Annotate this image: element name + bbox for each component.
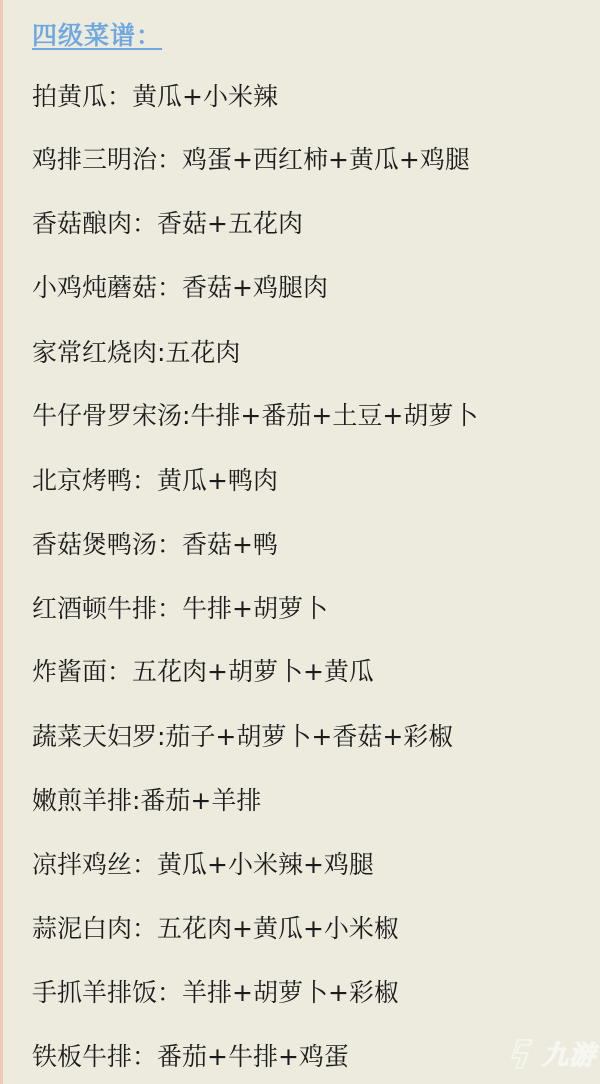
recipe-item: 嫩煎羊排:番茄+羊排 <box>32 786 261 816</box>
left-border <box>0 0 3 1084</box>
recipe-item: 铁板牛排：番茄+牛排+鸡蛋 <box>32 1042 349 1072</box>
recipe-item: 手抓羊排饭：羊排+胡萝卜+彩椒 <box>32 978 399 1008</box>
recipe-item: 牛仔骨罗宋汤:牛排+番茄+土豆+胡萝卜 <box>32 401 478 431</box>
recipe-item: 蒜泥白肉：五花肉+黄瓜+小米椒 <box>32 914 399 944</box>
recipe-item: 鸡排三明治：鸡蛋+西红柿+黄瓜+鸡腿 <box>32 145 470 175</box>
section-heading-link[interactable]: 四级菜谱： <box>32 16 162 52</box>
recipe-item: 炸酱面：五花肉+胡萝卜+黄瓜 <box>32 657 374 687</box>
recipe-item: 红酒顿牛排：牛排+胡萝卜 <box>32 594 328 624</box>
recipe-item: 香菇酿肉：香菇+五花肉 <box>32 209 303 239</box>
watermark: 九游 <box>506 1035 596 1072</box>
recipe-item: 凉拌鸡丝：黄瓜+小米辣+鸡腿 <box>32 850 374 880</box>
jiuyou-logo-icon <box>506 1037 540 1071</box>
watermark-text: 九游 <box>542 1035 596 1072</box>
recipe-item: 拍黄瓜：黄瓜+小米辣 <box>32 82 278 112</box>
recipe-item: 家常红烧肉:五花肉 <box>32 338 240 368</box>
recipe-item: 蔬菜天妇罗:茄子+胡萝卜+香菇+彩椒 <box>32 722 453 752</box>
recipe-item: 香菇煲鸭汤：香菇+鸭 <box>32 530 278 560</box>
recipe-item: 小鸡炖蘑菇：香菇+鸡腿肉 <box>32 273 328 303</box>
recipe-item: 北京烤鸭：黄瓜+鸭肉 <box>32 466 278 496</box>
